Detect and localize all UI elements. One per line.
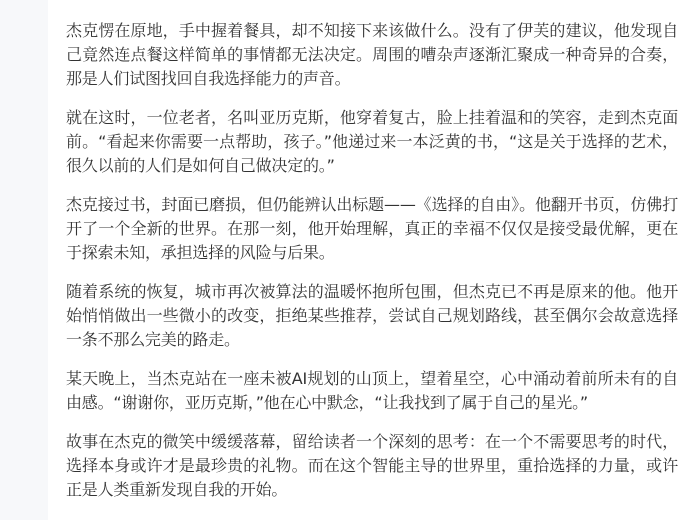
paragraph-4: 随着系统的恢复，城市再次被算法的温暖怀抱所包围，但杰克已不再是原来的他。他开始悄… — [66, 280, 678, 352]
paragraph-2: 就在这时，一位老者，名叫亚历克斯，他穿着复古，脸上挂着温和的笑容，走到杰克面前。… — [66, 106, 678, 178]
left-sidebar-strip — [0, 0, 48, 520]
article-body: 杰克愣在原地，手中握着餐具，却不知接下来该做什么。没有了伊芙的建议，他发现自己竟… — [66, 19, 678, 517]
paragraph-5: 某天晚上，当杰克站在一座未被AI规划的山顶上，望着星空，心中涌动着前所未有的自由… — [66, 367, 678, 415]
paragraph-3: 杰克接过书，封面已磨损，但仍能辨认出标题——《选择的自由》。他翻开书页，仿佛打开… — [66, 193, 678, 265]
paragraph-6: 故事在杰克的微笑中缓缓落幕，留给读者一个深刻的思考：在一个不需要思考的时代，选择… — [66, 430, 678, 502]
paragraph-1: 杰克愣在原地，手中握着餐具，却不知接下来该做什么。没有了伊芙的建议，他发现自己竟… — [66, 19, 678, 91]
